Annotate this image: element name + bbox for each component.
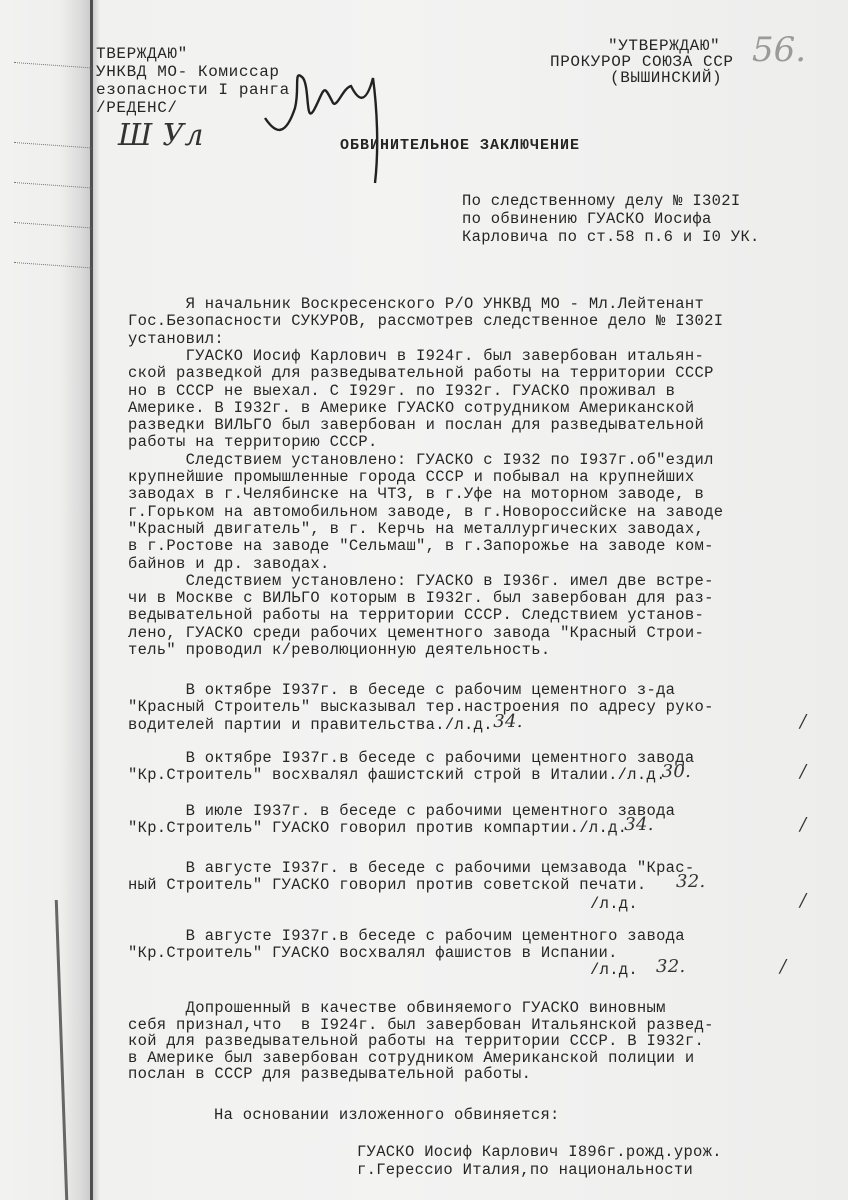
episode-line: ный Строитель" ГУАСКО говорил против сов…: [128, 877, 646, 893]
document-page: 56. ТВЕРЖДАЮ" УНКВД МО- Комиссар езопасн…: [0, 0, 848, 1200]
episode-line: "Красный Строитель" высказывал тер.настр…: [128, 699, 714, 715]
conclusion-heading: На основании изложенного обвиняется:: [214, 1107, 560, 1123]
check-mark: /: [800, 764, 806, 780]
paragraph-line: но в СССР не выехал. С I929г. по I932г. …: [128, 383, 675, 399]
sheet-reference: 32.: [656, 959, 686, 975]
episode-line: В октябре I937г.в беседе с рабочими цеме…: [128, 750, 695, 766]
confession-line: себя признал,что в I924г. был завербован…: [128, 1017, 714, 1033]
confession-line: Допрошенный в качестве обвиняемого ГУАСК…: [128, 1000, 666, 1016]
paragraph-line: г.Горьком на автомобильном заводе, в г.Н…: [128, 504, 723, 520]
approval-left-line: /РЕДЕНС/: [96, 100, 178, 116]
approval-left-line: ТВЕРЖДАЮ": [96, 46, 188, 62]
confession-line: кой для разведывательной работы на терри…: [128, 1033, 704, 1049]
intro-line: установил:: [128, 331, 224, 347]
check-mark: /: [800, 714, 806, 730]
paragraph-line: чи в Москве с ВИЛЬГО которым в I932г. бы…: [128, 590, 714, 606]
accused-line: г.Гересcио Италия,по национальности: [357, 1162, 693, 1178]
page-number: 56.: [752, 30, 806, 70]
paragraph-line: ской разведкой для разведывательной рабо…: [128, 365, 714, 381]
paragraph-line: Америке. В I932г. в Америке ГУАСКО сотру…: [128, 400, 695, 416]
approval-left-line: УНКВД МО- Комиссар: [96, 64, 280, 80]
sheet-reference: 34.: [624, 817, 654, 833]
margin-rule: [14, 262, 92, 268]
margin-rule: [14, 182, 92, 188]
sheet-reference: 30.: [662, 764, 692, 780]
approval-right-line: (ВЫШИНСКИЙ): [610, 70, 722, 86]
paragraph-line: заводах в г.Челябинске на ЧТЗ, в г.Уфе н…: [128, 486, 704, 502]
intro-line: Я начальник Воскресенского Р/О УНКВД МО …: [128, 296, 704, 312]
sheet-ref-label: /л.д.: [590, 896, 638, 912]
binding-edge: [90, 0, 93, 1200]
case-ref-line: По следственному делу № I302I: [462, 193, 740, 209]
signature-mark: [255, 48, 405, 188]
episode-line: "Кр.Строитель" ГУАСКО восхвалял фашистов…: [128, 945, 618, 961]
case-ref-line: по обвинению ГУАСКО Иосифа: [462, 211, 712, 227]
approval-right-line: ПРОКУРОР СОЮЗА ССР: [550, 54, 734, 70]
confession-line: послан в СССР для разведывательной работ…: [128, 1066, 531, 1082]
paragraph-line: "Красный двигатель", в г. Керчь на метал…: [128, 521, 704, 537]
paragraph-line: разведки ВИЛЬГО был завербован и послан …: [128, 417, 704, 433]
paragraph-line: ГУАСКО Иосиф Карлович в I924г. был завер…: [128, 348, 704, 364]
paragraph-line: лено, ГУАСКО среди рабочих цементного за…: [128, 625, 704, 641]
margin-rule: [14, 142, 92, 148]
intro-line: Гос.Безопасности СУКУРОВ, рассмотрев сле…: [128, 313, 723, 329]
check-mark: /: [780, 959, 786, 975]
episode-line: В октябре I937г. в беседе с рабочим цеме…: [128, 682, 675, 698]
binding-edge-lower: [55, 900, 68, 1200]
paragraph-line: байнов и др. заводах.: [128, 556, 330, 572]
check-mark: /: [800, 817, 806, 833]
episode-line: В июле I937г. в беседе с рабочими цемент…: [128, 803, 675, 819]
sheet-reference: 32.: [676, 874, 706, 890]
paragraph-line: ведывательной работы на территории СССР.…: [128, 607, 704, 623]
episode-line: "Кр.Строитель" восхвалял фашистский стро…: [128, 767, 666, 783]
paragraph-line: в г.Ростове на заводе "Сельмаш", в г.Зап…: [128, 538, 714, 554]
margin-rule: [14, 222, 92, 228]
margin-rule: [14, 62, 92, 68]
sheet-ref-label: /л.д.: [590, 962, 638, 978]
paragraph-line: тель" проводил к/революционную деятельно…: [128, 642, 550, 658]
episode-line: В августе I937г.в беседе с рабочим цемен…: [128, 928, 685, 944]
paragraph-line: работы на территорию СССР.: [128, 434, 378, 450]
episode-line: водителей партии и правительства./л.д.: [128, 717, 493, 733]
sheet-reference: 34.: [493, 714, 523, 730]
accused-line: ГУАСКО Иосиф Карлович I896г.рожд.урож.: [357, 1144, 722, 1160]
paragraph-line: крупнейшие промышленные города СССР и по…: [128, 469, 695, 485]
handwritten-initials: Ш Ул: [118, 128, 204, 144]
check-mark: /: [800, 893, 806, 909]
paragraph-line: Следствием установлено: ГУАСКО в I936г. …: [128, 573, 714, 589]
case-ref-line: Карловича по ст.58 п.6 и I0 УК.: [462, 229, 760, 245]
episode-line: В августе I937г. в беседе с рабочими цем…: [128, 860, 695, 876]
approval-right-line: "УТВЕРЖДАЮ": [608, 38, 720, 54]
document-title: ОБВИНИТЕЛЬНОЕ ЗАКЛЮЧЕНИЕ: [340, 138, 580, 154]
episode-line: "Кр.Строитель" ГУАСКО говорил против ком…: [128, 820, 627, 836]
confession-line: в Америке был завербован сотрудником Аме…: [128, 1050, 695, 1066]
paragraph-line: Следствием установлено: ГУАСКО с I932 по…: [128, 452, 714, 468]
